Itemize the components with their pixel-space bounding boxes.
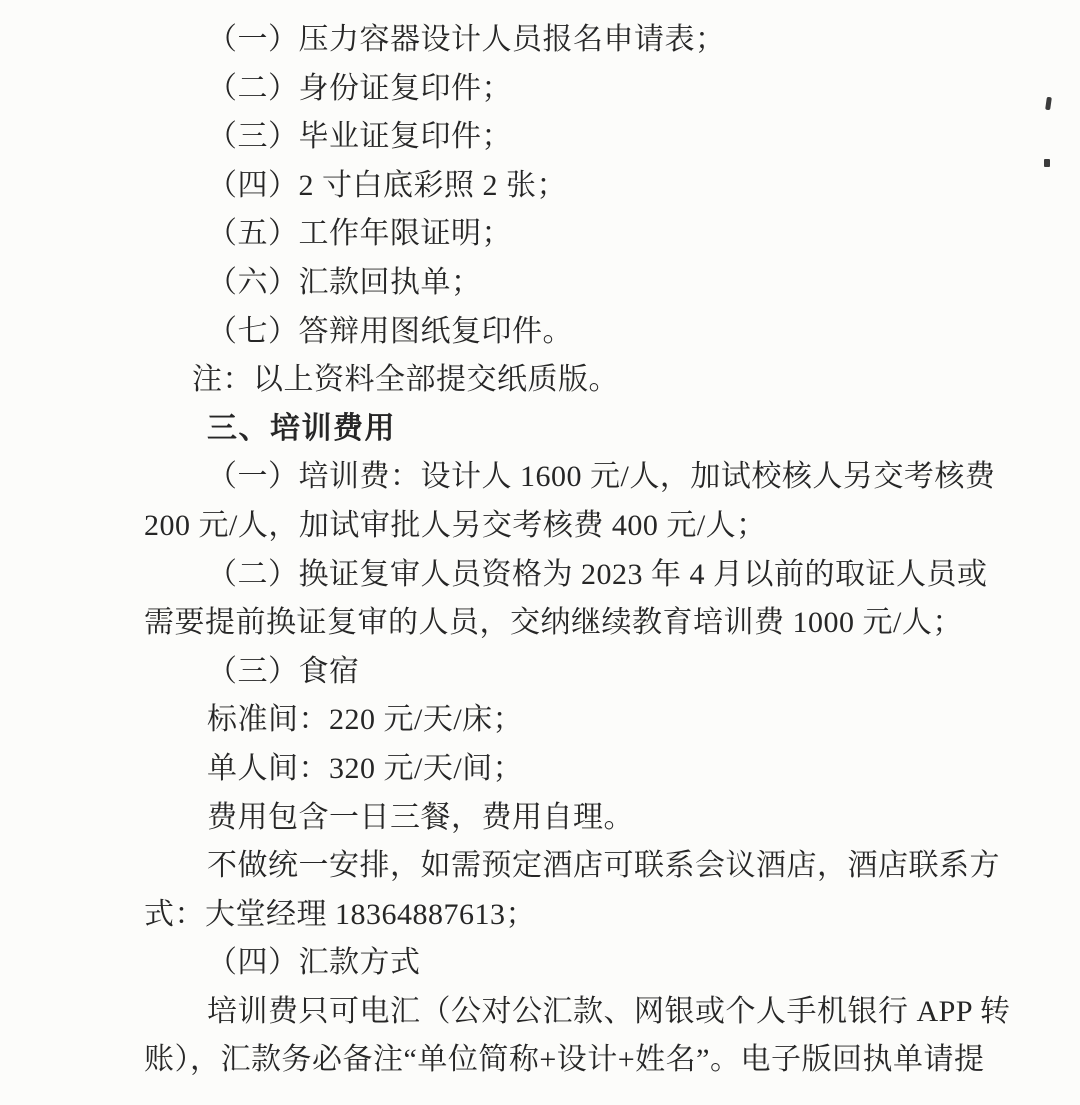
fees-line: （一）培训费：设计人 1600 元/人，加试校核人另交考核费 [144, 453, 952, 502]
fees-line: 200 元/人，加试审批人另交考核费 400 元/人； [144, 502, 952, 551]
fees-line: 单人间：320 元/天/间； [144, 745, 952, 794]
attachment-item: （二）身份证复印件； [144, 65, 952, 114]
attachment-item: （七）答辩用图纸复印件。 [144, 308, 952, 357]
scan-speck [1045, 97, 1052, 111]
attachment-item: （五）工作年限证明； [144, 210, 952, 259]
document-page: （一）压力容器设计人员报名申请表； （二）身份证复印件； （三）毕业证复印件； … [0, 0, 1080, 1105]
fees-line: （四）汇款方式 [144, 939, 952, 988]
fees-line: 式：大堂经理 18364887613； [144, 891, 952, 940]
fees-line: 费用包含一日三餐，费用自理。 [144, 794, 952, 843]
fees-line: （二）换证复审人员资格为 2023 年 4 月以前的取证人员或 [144, 551, 952, 600]
fees-line: 需要提前换证复审的人员，交纳继续教育培训费 1000 元/人； [144, 599, 952, 648]
note-line: 注：以上资料全部提交纸质版。 [144, 356, 952, 405]
section-heading: 三、培训费用 [144, 405, 952, 454]
fees-line: 培训费只可电汇（公对公汇款、网银或个人手机银行 APP 转 [144, 988, 952, 1037]
attachment-item: （三）毕业证复印件； [144, 113, 952, 162]
fees-line: 不做统一安排，如需预定酒店可联系会议酒店，酒店联系方 [144, 842, 952, 891]
attachment-item: （一）压力容器设计人员报名申请表； [144, 16, 952, 65]
fees-line: 账），汇款务必备注“单位简称+设计+姓名”。电子版回执单请提 [144, 1036, 952, 1085]
fees-line: 标准间：220 元/天/床； [144, 696, 952, 745]
fees-line: （三）食宿 [144, 648, 952, 697]
attachment-item: （六）汇款回执单； [144, 259, 952, 308]
attachment-item: （四）2 寸白底彩照 2 张； [144, 162, 952, 211]
scan-speck [1044, 159, 1050, 167]
